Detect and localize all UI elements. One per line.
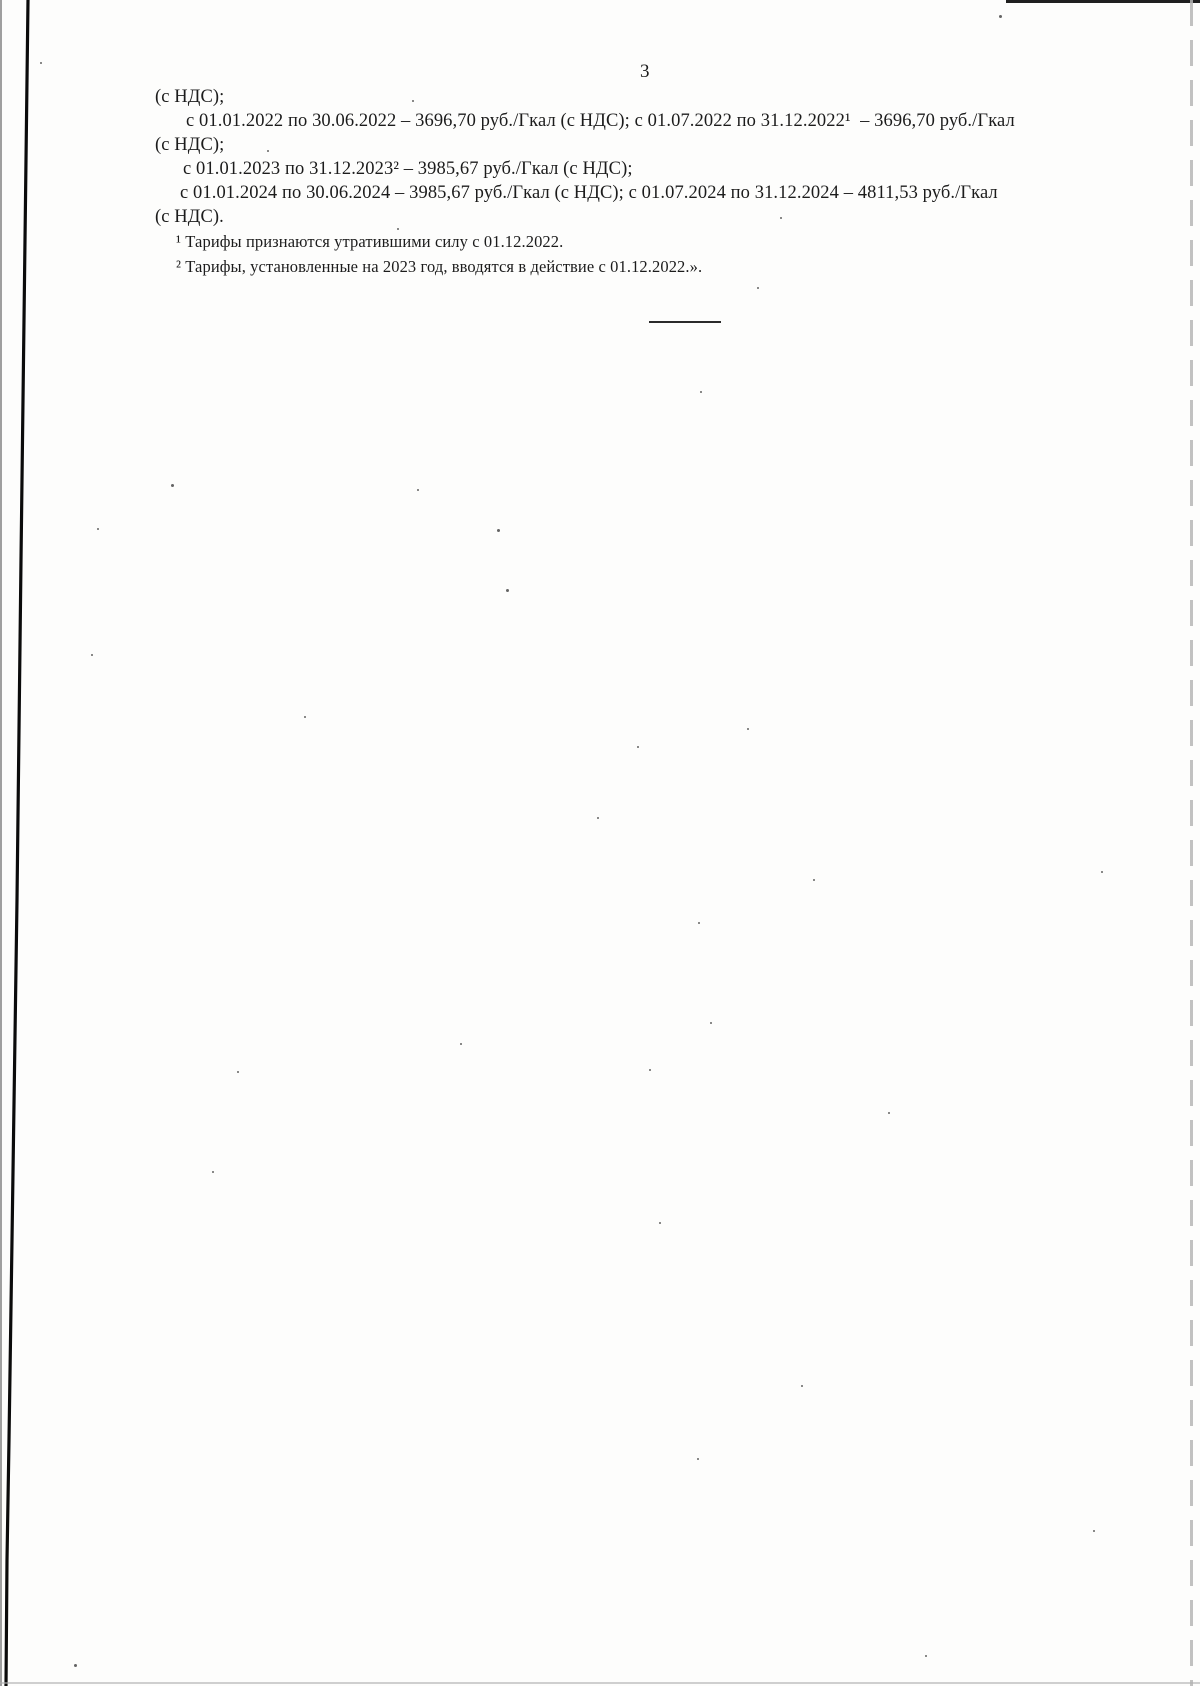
page-number: 3 [640,60,650,84]
noise-speck [40,62,42,64]
noise-speck [780,217,782,219]
noise-speck [212,1171,214,1173]
noise-speck [397,228,399,230]
noise-speck [267,150,269,152]
noise-speck [757,287,759,289]
noise-speck [801,1385,803,1387]
noise-speck [1101,871,1103,873]
noise-speck [460,1043,462,1045]
noise-speck [925,1655,927,1657]
noise-speck [412,100,414,102]
noise-speck [813,879,815,881]
noise-speck [91,654,93,656]
scan-left-edge-line [0,0,40,1686]
scanned-document-page: 3 (с НДС); с 01.01.2022 по 30.06.2022 – … [0,0,1200,1686]
noise-speck [506,589,509,592]
scan-bottom-edge [0,1682,1200,1684]
noise-speck [999,15,1002,18]
body-line: с 01.01.2022 по 30.06.2022 – 3696,70 руб… [186,109,1015,133]
noise-speck [888,1112,890,1114]
noise-speck [171,484,174,487]
body-line: с 01.01.2024 по 30.06.2024 – 3985,67 руб… [180,181,998,205]
section-divider-line [649,321,721,323]
noise-speck [497,529,500,532]
noise-speck [700,391,702,393]
body-line: с 01.01.2023 по 31.12.2023² – 3985,67 ру… [183,157,633,181]
noise-speck [304,716,306,718]
noise-speck [649,1069,651,1071]
noise-speck [1093,1530,1095,1532]
footnote-line: ¹ Тарифы признаются утратившими силу с 0… [176,230,563,254]
scan-top-edge-bar [1006,0,1200,3]
body-line: (с НДС). [155,205,224,229]
noise-speck [597,817,599,819]
noise-speck [97,528,99,530]
noise-speck [659,1222,661,1224]
scan-right-dashed-line [1190,0,1193,1686]
noise-speck [698,922,700,924]
noise-speck [697,1458,699,1460]
body-line: (с НДС); [155,85,224,109]
noise-speck [710,1022,712,1024]
body-line: (с НДС); [155,133,224,157]
noise-speck [417,489,419,491]
footnote-line: ² Тарифы, установленные на 2023 год, вво… [176,255,702,279]
scan-left-border [0,0,2,1686]
noise-speck [237,1071,239,1073]
noise-speck [74,1664,77,1667]
noise-speck [637,746,639,748]
noise-speck [747,728,749,730]
